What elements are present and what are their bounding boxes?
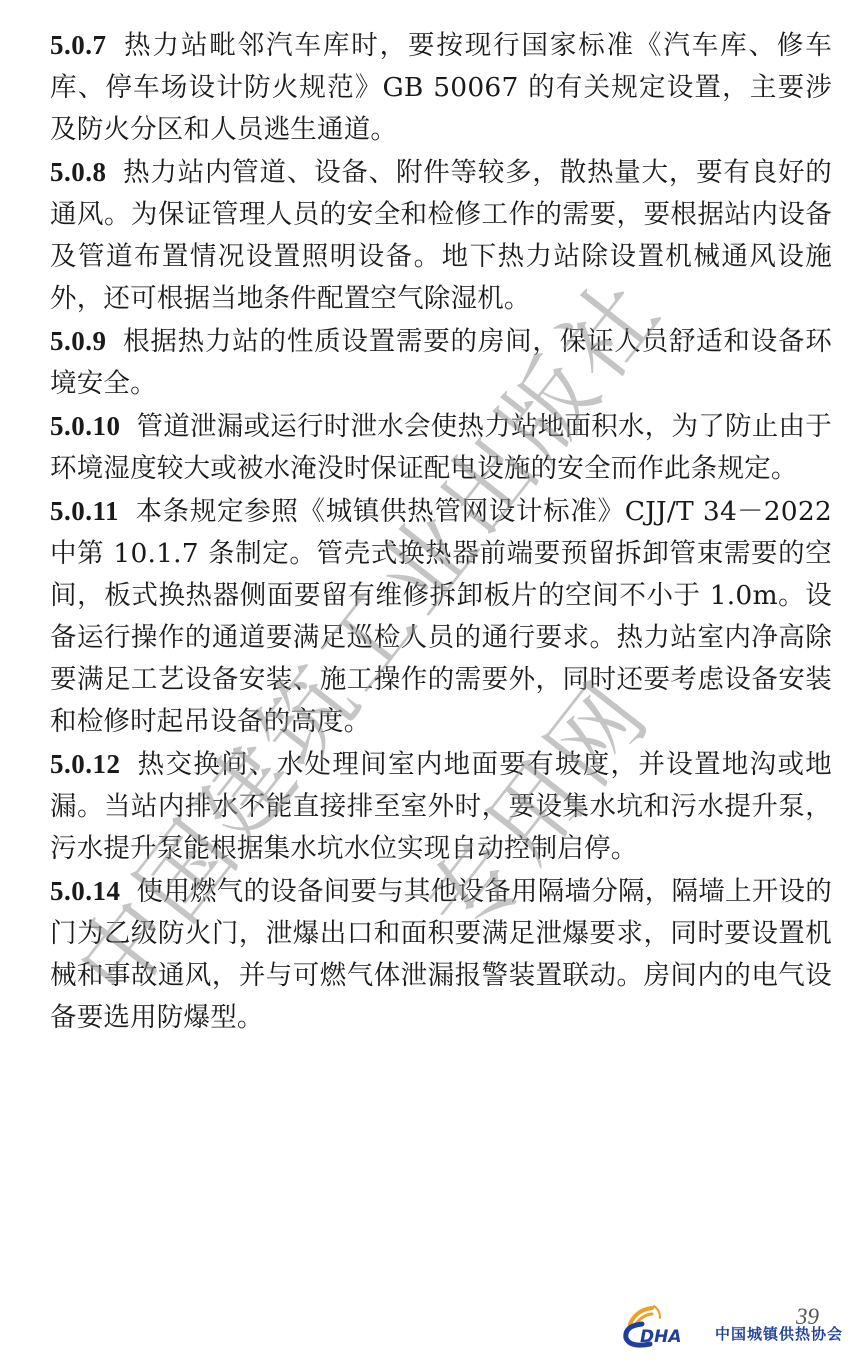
section-text: 热力站毗邻汽车库时，要按现行国家标准《汽车库、修车库、停车场设计防火规范》GB … <box>50 30 832 145</box>
section-5-0-14: 5.0.14使用燃气的设备间要与其他设备用隔墙分隔，隔墙上开设的门为乙级防火门，… <box>50 870 832 1039</box>
page-footer: DHA 中国城镇供热协会 39 <box>620 1300 854 1350</box>
section-number: 5.0.14 <box>50 876 121 906</box>
section-5-0-9: 5.0.9根据热力站的性质设置需要的房间，保证人员舒适和设备环境安全。 <box>50 320 832 405</box>
section-number: 5.0.10 <box>50 411 121 441</box>
section-text: 管道泄漏或运行时泄水会使热力站地面积水，为了防止由于环境湿度较大或被水淹没时保证… <box>50 411 832 484</box>
section-text: 热交换间、水处理间室内地面要有坡度，并设置地沟或地漏。当站内排水不能直接排至室外… <box>50 749 832 864</box>
section-number: 5.0.7 <box>50 30 107 60</box>
section-number: 5.0.11 <box>50 496 119 526</box>
logo-text: DHA <box>640 1327 682 1347</box>
section-number: 5.0.8 <box>50 157 107 187</box>
section-text: 使用燃气的设备间要与其他设备用隔墙分隔，隔墙上开设的门为乙级防火门，泄爆出口和面… <box>50 876 832 1033</box>
section-number: 5.0.12 <box>50 749 121 779</box>
section-5-0-12: 5.0.12热交换间、水处理间室内地面要有坡度，并设置地沟或地漏。当站内排水不能… <box>50 743 832 870</box>
section-number: 5.0.9 <box>50 326 107 356</box>
organization-name: 中国城镇供热协会 <box>715 1323 843 1344</box>
section-5-0-10: 5.0.10管道泄漏或运行时泄水会使热力站地面积水，为了防止由于环境湿度较大或被… <box>50 405 832 490</box>
document-body: 5.0.7热力站毗邻汽车库时，要按现行国家标准《汽车库、修车库、停车场设计防火规… <box>50 24 832 1039</box>
section-text: 热力站内管道、设备、附件等较多，散热量大，要有良好的通风。为保证管理人员的安全和… <box>50 157 832 314</box>
section-5-0-8: 5.0.8热力站内管道、设备、附件等较多，散热量大，要有良好的通风。为保证管理人… <box>50 151 832 320</box>
section-text: 根据热力站的性质设置需要的房间，保证人员舒适和设备环境安全。 <box>50 326 832 399</box>
page-number: 39 <box>796 1304 819 1330</box>
dha-logo-icon: DHA <box>620 1300 712 1350</box>
section-5-0-11: 5.0.11本条规定参照《城镇供热管网设计标准》CJJ/T 34－2022 中第… <box>50 490 832 743</box>
section-5-0-7: 5.0.7热力站毗邻汽车库时，要按现行国家标准《汽车库、修车库、停车场设计防火规… <box>50 24 832 151</box>
section-text: 本条规定参照《城镇供热管网设计标准》CJJ/T 34－2022 中第 10.1.… <box>50 496 832 737</box>
